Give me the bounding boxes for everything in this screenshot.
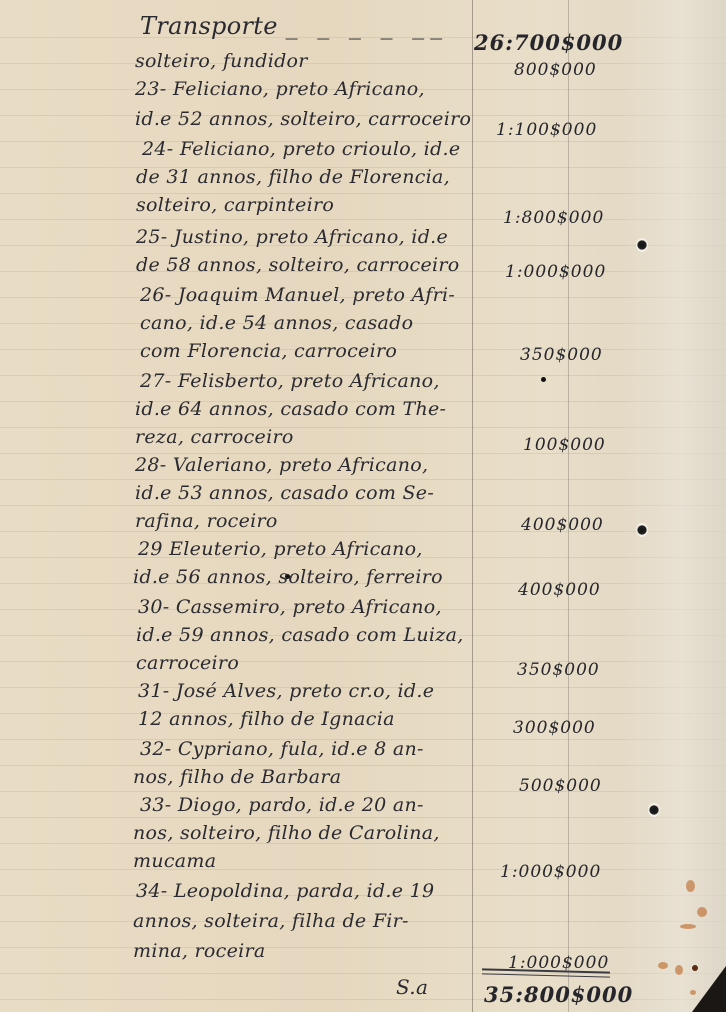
amount-value: 800$000 <box>514 60 597 80</box>
amount-column-divider <box>472 0 473 1012</box>
entry-line: id.e 53 annos, casado com Se- <box>135 482 434 504</box>
entry-line: mina, roceira <box>133 940 266 962</box>
foxing-stain <box>658 962 668 969</box>
entry-line: id.e 64 annos, casado com The- <box>135 398 446 420</box>
punch-hole <box>636 523 648 537</box>
entry-line: 24- Feliciano, preto crioulo, id.e <box>142 138 460 160</box>
amount-value: 350$000 <box>520 345 603 365</box>
entry-line: annos, solteira, filha de Fir- <box>133 910 409 932</box>
entry-line: 30- Cassemiro, preto Africano, <box>138 596 442 618</box>
entry-line: com Florencia, carroceiro <box>140 340 397 362</box>
entry-line: mucama <box>133 850 216 872</box>
foxing-stain <box>675 965 683 975</box>
entry-line: 23- Feliciano, preto Africano, <box>135 78 425 100</box>
entry-line: 33- Diogo, pardo, id.e 20 an- <box>140 794 424 816</box>
entry-line: 12 annos, filho de Ignacia <box>138 708 395 730</box>
entry-line: id.e 52 annos, solteiro, carroceiro <box>135 108 471 130</box>
amount-value: 1:000$000 <box>500 862 601 882</box>
carried-forward-amount: 26:700$000 <box>474 30 623 55</box>
entry-line: 29 Eleuterio, preto Africano, <box>138 538 423 560</box>
total-amount: 35:800$000 <box>484 982 633 1007</box>
sum-label: S.a <box>396 975 428 999</box>
amount-value: 1:800$000 <box>503 208 604 228</box>
punch-hole <box>648 803 660 817</box>
entry-line: nos, filho de Barbara <box>133 766 341 788</box>
punch-hole <box>636 238 648 252</box>
entry-line: de 31 annos, filho de Florencia, <box>136 166 450 188</box>
entry-line: 26- Joaquim Manuel, preto Afri- <box>140 284 455 306</box>
entry-line: rafina, roceiro <box>135 510 278 532</box>
entry-line: reza, carroceiro <box>135 426 294 448</box>
entry-line: id.e 59 annos, casado com Luiza, <box>136 624 464 646</box>
entry-line: 27- Felisberto, preto Africano, <box>140 370 440 392</box>
entry-line: 28- Valeriano, preto Africano, <box>135 454 428 476</box>
amount-value: 1:100$000 <box>496 120 597 140</box>
ink-dot <box>541 377 546 382</box>
entry-line: id.e 56 annos, solteiro, ferreiro <box>133 566 443 588</box>
amount-value: 400$000 <box>521 515 604 535</box>
amount-value: 350$000 <box>517 660 600 680</box>
foxing-stain <box>680 924 696 929</box>
entry-line: 31- José Alves, preto cr.o, id.e <box>138 680 434 702</box>
amount-value: 400$000 <box>518 580 601 600</box>
entry-line: 25- Justino, preto Africano, id.e <box>136 226 448 248</box>
foxing-stain <box>697 907 707 917</box>
amount-value: 100$000 <box>523 435 606 455</box>
entry-line: nos, solteiro, filho de Carolina, <box>133 822 440 844</box>
amount-column-inner-divider <box>568 0 569 1012</box>
ledger-page: Transporte _ _ _ _ __ 26:700$000 solteir… <box>0 0 726 1012</box>
amount-value: 500$000 <box>519 776 602 796</box>
amount-value: 1:000$000 <box>505 262 606 282</box>
amount-value: 300$000 <box>513 718 596 738</box>
entry-line: de 58 annos, solteiro, carroceiro <box>136 254 460 276</box>
entry-line: solteiro, carpinteiro <box>136 194 334 216</box>
torn-corner <box>692 966 726 1012</box>
entry-line: cano, id.e 54 annos, casado <box>140 312 413 334</box>
foxing-stain <box>686 880 695 892</box>
entry-line: solteiro, fundidor <box>135 50 308 72</box>
page-edge-shading <box>616 0 726 1012</box>
entry-line: 32- Cypriano, fula, id.e 8 an- <box>140 738 424 760</box>
transport-heading: Transporte _ _ _ _ __ <box>140 12 448 40</box>
entry-line: 34- Leopoldina, parda, id.e 19 <box>136 880 434 902</box>
entry-line: carroceiro <box>136 652 239 674</box>
